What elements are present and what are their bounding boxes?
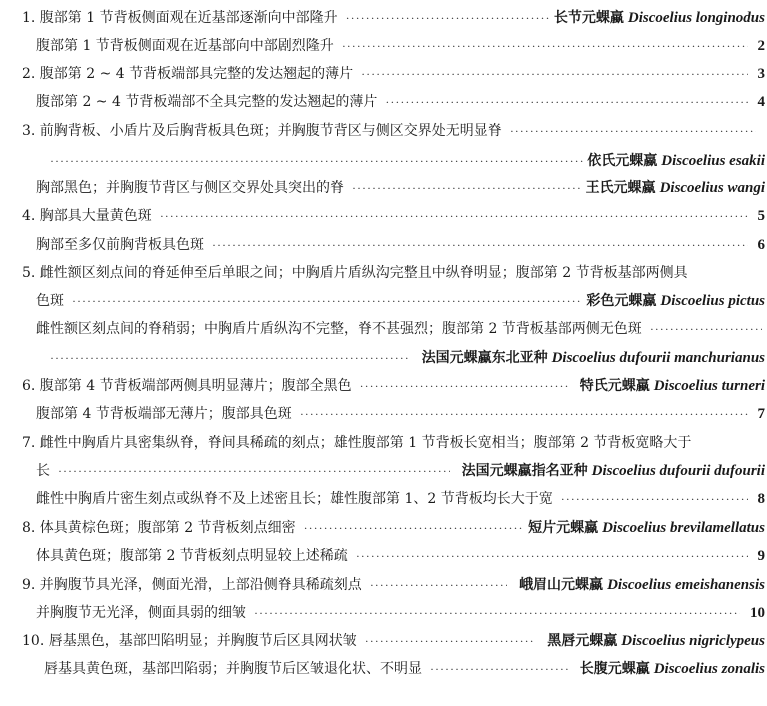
key-line: 3. 前胸背板、小盾片及后胸背板具色斑；并胸腹节背区与侧区交界处无明显脊 — [22, 120, 760, 142]
leader-dots — [50, 150, 583, 172]
couplet-text: 5. 雌性额区刻点间的脊延伸至后单眼之间；中胸盾片盾纵沟完整且中纵脊明显；腹部第… — [22, 262, 688, 284]
key-line: 色斑 彩色元蜾蠃Discoelius pictus — [36, 290, 765, 312]
result: 4 — [752, 91, 766, 113]
species-name-latin: Discoelius dufourii dufourii — [592, 463, 765, 479]
goto-number: 3 — [758, 66, 766, 82]
key-line: 法国元蜾蠃东北亚种Discoelius dufourii manchurianu… — [50, 347, 765, 369]
leader-dots — [650, 318, 762, 340]
result: 10 — [744, 602, 765, 624]
couplet-text: 2. 腹部第 2 ~ 4 节背板端部具完整的发达翘起的薄片 — [22, 63, 353, 85]
result: 7 — [752, 403, 766, 425]
couplet-text: 4. 胸部具大量黄色斑 — [22, 205, 152, 227]
goto-number: 7 — [758, 406, 766, 422]
couplet-text: 6. 腹部第 4 节背板端部两侧具明显薄片；腹部全黑色 — [22, 375, 352, 397]
species-name-latin: Discoelius longinodus — [628, 10, 765, 26]
species-name-cn: 峨眉山元蜾蠃 — [519, 577, 603, 593]
goto-number: 4 — [758, 94, 766, 110]
species-name-cn: 特氏元蜾蠃 — [580, 378, 650, 394]
leader-dots — [304, 517, 524, 539]
couplet-text: 1. 腹部第 1 节背板侧面观在近基部逐渐向中部隆升 — [22, 7, 338, 29]
species-name-cn: 彩色元蜾蠃 — [586, 293, 656, 309]
key-line: 体具黄色斑；腹部第 2 节背板刻点明显较上述稀疏 9 — [36, 545, 765, 567]
leader-dots — [58, 460, 450, 482]
result: 法国元蜾蠃东北亚种Discoelius dufourii manchurianu… — [422, 347, 765, 369]
goto-number: 9 — [758, 548, 766, 564]
result: 6 — [752, 234, 766, 256]
species-name-latin: Discoelius wangi — [660, 180, 765, 196]
key-line: 胸部黑色；并胸腹节背区与侧区交界处具突出的脊 王氏元蜾蠃Discoelius w… — [36, 177, 765, 199]
goto-number: 2 — [758, 38, 766, 54]
leader-dots — [342, 35, 748, 57]
result: 长腹元蜾蠃Discoelius zonalis — [580, 658, 765, 680]
species-name-cn: 法国元蜾蠃东北亚种 — [422, 350, 548, 366]
key-line: 8. 体具黄棕色斑；腹部第 2 节背板刻点细密 短片元蜾蠃Discoelius … — [22, 517, 765, 539]
species-name-latin: Discoelius turneri — [654, 378, 765, 394]
species-name-cn: 长腹元蜾蠃 — [580, 661, 650, 677]
species-name-latin: Discoelius dufourii manchurianus — [552, 350, 765, 366]
result: 王氏元蜾蠃Discoelius wangi — [586, 177, 765, 199]
leader-dots — [510, 120, 756, 142]
leader-dots — [212, 234, 748, 256]
leader-dots — [352, 177, 582, 199]
key-line: 4. 胸部具大量黄色斑 5 — [22, 205, 765, 227]
couplet-text: 胸部黑色；并胸腹节背区与侧区交界处具突出的脊 — [36, 177, 344, 199]
key-line: 并胸腹节无光泽，侧面具弱的细皱 10 — [36, 602, 765, 624]
species-name-latin: Discoelius zonalis — [654, 661, 765, 677]
result: 长节元蜾蠃Discoelius longinodus — [554, 7, 765, 29]
goto-number: 8 — [758, 491, 766, 507]
key-line: 10. 唇基黑色，基部凹陷明显；并胸腹节后区具网状皱 黑唇元蜾蠃Discoeli… — [22, 630, 765, 652]
result: 黑唇元蜾蠃Discoelius nigriclypeus — [547, 630, 765, 652]
leader-dots — [561, 488, 748, 510]
result: 彩色元蜾蠃Discoelius pictus — [586, 290, 765, 312]
species-name-cn: 法国元蜾蠃指名亚种 — [462, 463, 588, 479]
couplet-text: 体具黄色斑；腹部第 2 节背板刻点明显较上述稀疏 — [36, 545, 348, 567]
goto-number: 6 — [758, 237, 766, 253]
result: 2 — [752, 35, 766, 57]
couplet-text: 长 — [36, 460, 50, 482]
result: 短片元蜾蠃Discoelius brevilamellatus — [528, 517, 765, 539]
species-name-latin: Discoelius esakii — [661, 153, 765, 169]
species-name-cn: 短片元蜾蠃 — [528, 520, 598, 536]
result: 9 — [752, 545, 766, 567]
key-line: 7. 雌性中胸盾片具密集纵脊，脊间具稀疏的刻点；雄性腹部第 1 节背板长宽相当；… — [22, 432, 765, 454]
couplet-text: 色斑 — [36, 290, 64, 312]
leader-dots — [361, 63, 747, 85]
key-line: 腹部第 2 ~ 4 节背板端部不全具完整的发达翘起的薄片 4 — [36, 91, 765, 113]
couplet-text: 唇基具黄色斑，基部凹陷弱；并胸腹节后区皱退化状、不明显 — [44, 658, 422, 680]
result: 3 — [752, 63, 766, 85]
goto-number: 10 — [750, 605, 765, 621]
species-name-latin: Discoelius emeishanensis — [607, 577, 765, 593]
couplet-text: 腹部第 1 节背板侧面观在近基部向中部剧烈隆升 — [36, 35, 334, 57]
key-line: 雌性额区刻点间的脊稍弱；中胸盾片盾纵沟不完整，脊不甚强烈；腹部第 2 节背板基部… — [36, 318, 766, 340]
key-line: 腹部第 4 节背板端部无薄片；腹部具色斑 7 — [36, 403, 765, 425]
species-name-cn: 依氏元蜾蠃 — [587, 153, 657, 169]
couplet-text: 9. 并胸腹节具光泽，侧面光滑，上部沿侧脊具稀疏刻点 — [22, 574, 362, 596]
key-line: 雌性中胸盾片密生刻点或纵脊不及上述密且长；雄性腹部第 1、2 节背板均长大于宽 … — [36, 488, 765, 510]
goto-number: 5 — [758, 208, 766, 224]
key-line: 5. 雌性额区刻点间的脊延伸至后单眼之间；中胸盾片盾纵沟完整且中纵脊明显；腹部第… — [22, 262, 765, 284]
species-name-latin: Discoelius nigriclypeus — [621, 633, 765, 649]
leader-dots — [356, 545, 748, 567]
leader-dots — [160, 205, 748, 227]
result: 法国元蜾蠃指名亚种Discoelius dufourii dufourii — [462, 460, 765, 482]
leader-dots — [72, 290, 582, 312]
key-line: 2. 腹部第 2 ~ 4 节背板端部具完整的发达翘起的薄片 3 — [22, 63, 765, 85]
key-line: 唇基具黄色斑，基部凹陷弱；并胸腹节后区皱退化状、不明显 长腹元蜾蠃Discoel… — [44, 658, 765, 680]
leader-dots — [385, 91, 747, 113]
key-line: 腹部第 1 节背板侧面观在近基部向中部剧烈隆升 2 — [36, 35, 765, 57]
key-line: 1. 腹部第 1 节背板侧面观在近基部逐渐向中部隆升 长节元蜾蠃Discoeli… — [22, 7, 765, 29]
species-name-cn: 王氏元蜾蠃 — [586, 180, 656, 196]
leader-dots — [360, 375, 568, 397]
couplet-text: 3. 前胸背板、小盾片及后胸背板具色斑；并胸腹节背区与侧区交界处无明显脊 — [22, 120, 502, 142]
species-name-cn: 长节元蜾蠃 — [554, 10, 624, 26]
couplet-text: 10. 唇基黑色，基部凹陷明显；并胸腹节后区具网状皱 — [22, 630, 357, 652]
result: 5 — [752, 205, 766, 227]
leader-dots — [365, 630, 536, 652]
couplet-text: 腹部第 4 节背板端部无薄片；腹部具色斑 — [36, 403, 292, 425]
couplet-text: 胸部至多仅前胸背板具色斑 — [36, 234, 204, 256]
key-line: 9. 并胸腹节具光泽，侧面光滑，上部沿侧脊具稀疏刻点 峨眉山元蜾蠃Discoel… — [22, 574, 765, 596]
leader-dots — [346, 7, 550, 29]
species-name-latin: Discoelius pictus — [660, 293, 765, 309]
couplet-text: 腹部第 2 ~ 4 节背板端部不全具完整的发达翘起的薄片 — [36, 91, 377, 113]
leader-dots — [370, 574, 507, 596]
couplet-text: 7. 雌性中胸盾片具密集纵脊，脊间具稀疏的刻点；雄性腹部第 1 节背板长宽相当；… — [22, 432, 691, 454]
couplet-text: 8. 体具黄棕色斑；腹部第 2 节背板刻点细密 — [22, 517, 296, 539]
couplet-text: 雌性中胸盾片密生刻点或纵脊不及上述密且长；雄性腹部第 1、2 节背板均长大于宽 — [36, 488, 553, 510]
leader-dots — [300, 403, 748, 425]
couplet-text: 雌性额区刻点间的脊稍弱；中胸盾片盾纵沟不完整，脊不甚强烈；腹部第 2 节背板基部… — [36, 318, 642, 340]
key-line: 长 法国元蜾蠃指名亚种Discoelius dufourii dufourii — [36, 460, 765, 482]
leader-dots — [254, 602, 740, 624]
species-name-latin: Discoelius brevilamellatus — [602, 520, 765, 536]
result: 峨眉山元蜾蠃Discoelius emeishanensis — [519, 574, 765, 596]
key-line: 6. 腹部第 4 节背板端部两侧具明显薄片；腹部全黑色 特氏元蜾蠃Discoel… — [22, 375, 765, 397]
result: 依氏元蜾蠃Discoelius esakii — [587, 150, 765, 172]
species-name-cn: 黑唇元蜾蠃 — [547, 633, 617, 649]
key-line: 依氏元蜾蠃Discoelius esakii — [50, 150, 765, 172]
key-line: 胸部至多仅前胸背板具色斑 6 — [36, 234, 765, 256]
leader-dots — [50, 347, 408, 369]
result: 8 — [752, 488, 766, 510]
result: 特氏元蜾蠃Discoelius turneri — [580, 375, 765, 397]
leader-dots — [430, 658, 568, 680]
couplet-text: 并胸腹节无光泽，侧面具弱的细皱 — [36, 602, 246, 624]
